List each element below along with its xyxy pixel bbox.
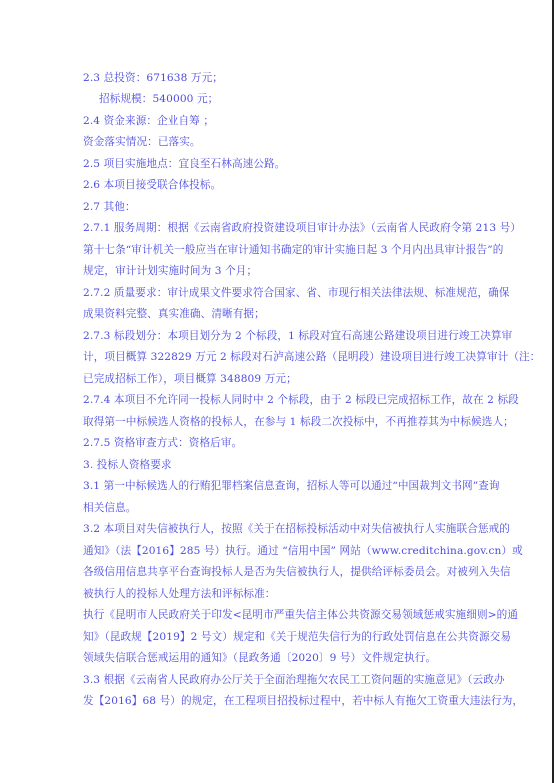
text-line-service-period: 2.7.1 服务周期：根据《云南省政府投资建设项目审计办法》（云南省人民政府令第…: [83, 221, 473, 235]
text-line-investment: 2.3 总投资：671638 万元；: [83, 71, 473, 85]
text-line-lot-rule: 2.7.4 本项目不允许同一投标人同时中 2 个标段，由于 2 标段已完成招标工…: [83, 393, 473, 407]
text-line-quality: 2.7.2 质量要求：审计成果文件要求符合国家、省、市现行相关法律法规、标准规范…: [83, 286, 473, 300]
text-line: 计，项目概算 322829 万元 2 标段对石泸高速公路（昆明段）建设项目进行竣…: [83, 350, 473, 364]
text-line: 知》（昆政规【2019】2 号文）规定和《关于规范失信行为的行政处罚信息在公共资…: [83, 630, 473, 644]
text-line-wage-arrears: 3.3 根据《云南省人民政府办公厅关于全面治理拖欠农民工工资问题的实施意见》（云…: [83, 673, 473, 687]
text-line: 已完成招标工作），项目概算 348809 万元；: [83, 372, 473, 386]
text-line-dishonest: 3.2 本项目对失信被执行人，按照《关于在招标投标活动中对失信被执行人实施联合惩…: [83, 522, 473, 536]
text-line-fund-source: 2.4 资金来源：企业自筹 ；: [83, 114, 473, 128]
text-line: 相关信息。: [83, 501, 473, 515]
text-line: 执行《昆明市人民政府关于印发<昆明市严重失信主体公共资源交易领域惩戒实施细则>的…: [83, 608, 473, 622]
text-line: 第十七条“审计机关一般应当在审计通知书确定的审计实施日起 3 个月内出具审计报告…: [83, 243, 473, 257]
text-line: 取得第一中标候选人资格的投标人，在参与 1 标段二次投标中，不再推荐其为中标候选…: [83, 415, 473, 429]
section-heading-qualifications: 3. 投标人资格要求: [83, 458, 473, 472]
text-line: 成果资料完整、真实准确、清晰有据；: [83, 307, 473, 321]
text-line-lots: 2.7.3 标段划分：本项目划分为 2 个标段，1 标段对宜石高速公路建设项目进…: [83, 329, 473, 343]
text-line: 各级信用信息共享平台查询投标人是否为失信被执行人，提供给评标委员会。对被列入失信: [83, 565, 473, 579]
text-line-other: 2.7 其他：: [83, 200, 473, 214]
text-line-bribery-check: 3.1 第一中标候选人的行贿犯罪档案信息查询，招标人等可以通过“中国裁判文书网”…: [83, 479, 473, 493]
text-line: 被执行人的投标人处理方法和评标标准：: [83, 587, 473, 601]
text-line: 规定，审计计划实施时间为 3 个月；: [83, 264, 473, 278]
text-line-fund-status: 资金落实情况：已落实。: [83, 135, 473, 149]
text-line: 领域失信联合惩戒运用的通知》（昆政务通〔2020〕9 号）文件规定执行。: [83, 651, 473, 665]
text-line: 发【2016】68 号）的规定，在工程项目招投标过程中，若中标人有拖欠工资重大违…: [83, 694, 473, 708]
text-line: 通知》（法【2016】285 号）执行。通过 “信用中国” 网站（www.cre…: [83, 544, 473, 558]
text-line-consortium: 2.6 本项目接受联合体投标。: [83, 178, 473, 192]
text-line-bid-scale: 招标规模：540000 元；: [99, 92, 489, 106]
document-page: 2.3 总投资：671638 万元； 招标规模：540000 元； 2.4 资金…: [0, 0, 554, 783]
text-line-review-method: 2.7.5 资格审查方式：资格后审。: [83, 436, 473, 450]
text-line-location: 2.5 项目实施地点：宜良至石林高速公路。: [83, 157, 473, 171]
